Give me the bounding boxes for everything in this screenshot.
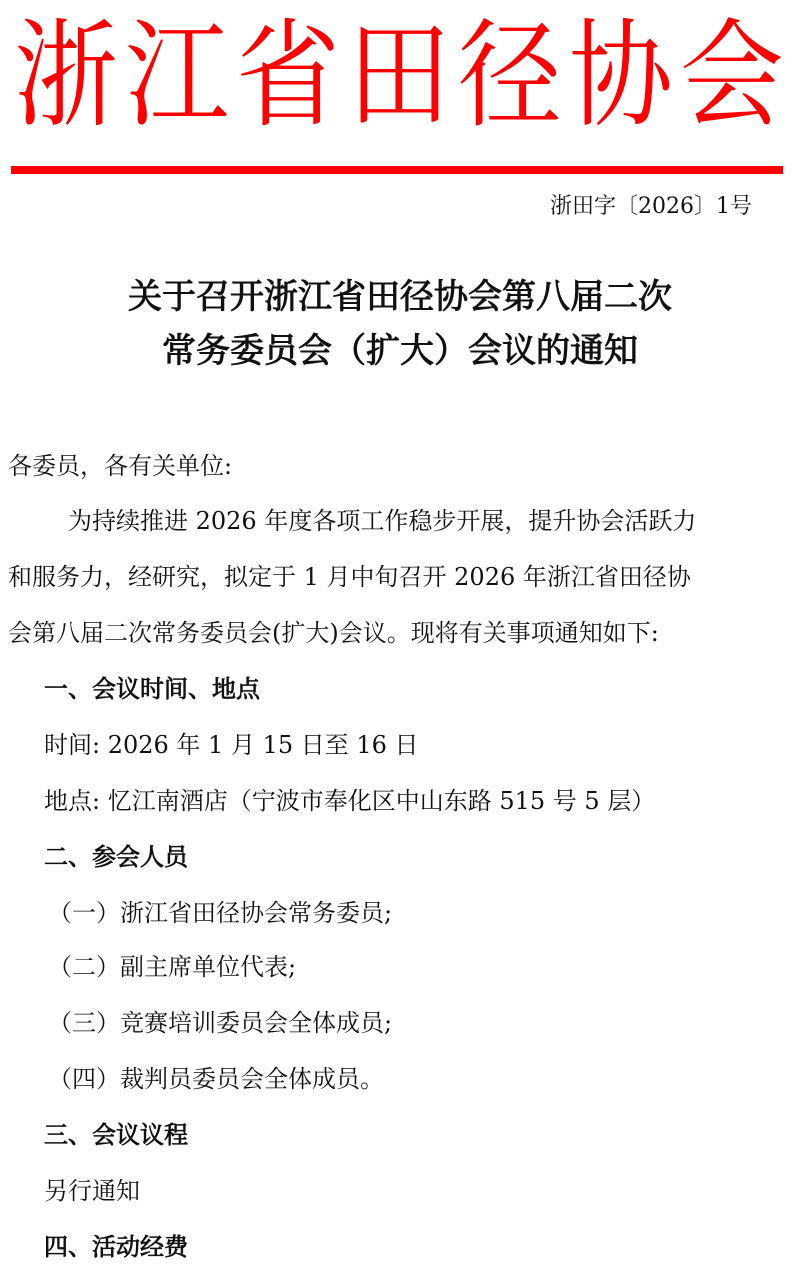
document-number: 浙田字〔2026〕1号	[550, 192, 752, 222]
attendee-item: （一）浙江省田径协会常务委员;	[48, 897, 392, 929]
intro-paragraph-line: 和服务力，经研究，拟定于 1 月中旬召开 2026 年浙江省田径协	[8, 561, 691, 593]
meeting-time: 时间: 2026 年 1 月 15 日至 16 日	[44, 729, 419, 761]
red-divider-line	[11, 166, 783, 174]
masthead-char: 省	[236, 11, 340, 140]
masthead-char: 田	[347, 11, 451, 140]
salutation: 各委员，各有关单位:	[8, 450, 232, 482]
agenda-text: 另行通知	[44, 1175, 140, 1207]
meeting-place: 地点: 忆江南酒店（宁波市奉化区中山东路 515 号 5 层）	[44, 785, 655, 817]
masthead-char: 浙	[14, 11, 118, 140]
masthead-char: 协	[569, 11, 673, 140]
intro-paragraph-line: 为持续推进 2026 年度各项工作稳步开展，提升协会活跃力	[68, 505, 696, 537]
masthead-char: 江	[125, 11, 229, 140]
masthead-org-name: 浙 江 省 田 径 协 会	[14, 18, 784, 133]
masthead-char: 会	[680, 11, 784, 140]
document-title-line-1: 关于召开浙江省田径协会第八届二次	[0, 272, 800, 322]
intro-paragraph-line: 会第八届二次常务委员会(扩大)会议。现将有关事项通知如下:	[8, 617, 659, 649]
section-heading-agenda: 三、会议议程	[44, 1119, 188, 1151]
section-heading-time-place: 一、会议时间、地点	[44, 673, 260, 705]
attendee-item: （四）裁判员委员会全体成员。	[48, 1063, 384, 1095]
section-heading-expenses: 四、活动经费	[44, 1231, 188, 1263]
masthead-char: 径	[458, 11, 562, 140]
section-heading-attendees: 二、参会人员	[44, 841, 188, 873]
attendee-item: （三）竞赛培训委员会全体成员;	[48, 1007, 392, 1039]
attendee-item: （二）副主席单位代表;	[48, 951, 296, 983]
document-title-line-2: 常务委员会（扩大）会议的通知	[0, 326, 800, 376]
